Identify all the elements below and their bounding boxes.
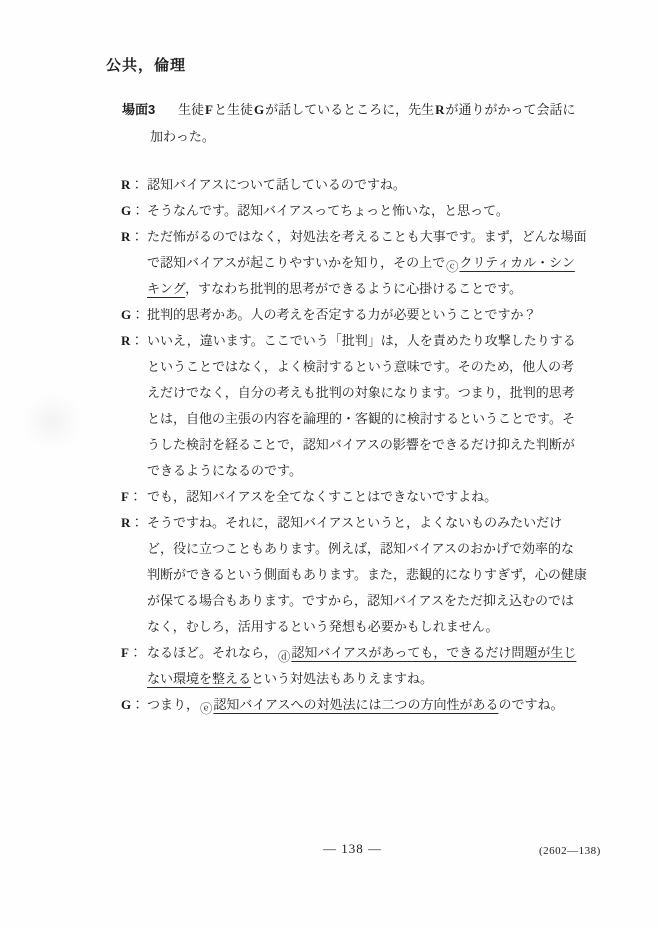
speaker-cell: R：	[121, 510, 147, 536]
speaker-label: G	[121, 307, 131, 322]
speaker-cell: G：	[121, 198, 147, 224]
speech-text: 認知バイアスについて話しているのですね。	[147, 172, 587, 198]
speech-text: いいえ，違います。ここでいう「批判」は，人を責めたり攻撃したりするということでは…	[147, 328, 587, 484]
speech-row: R：認知バイアスについて話しているのですね。	[147, 172, 587, 198]
speaker-colon: ：	[129, 645, 142, 660]
scene-description: 生徒Fと生徒Gが話しているところに，先生Rが通りがかって会話に加わった。	[150, 96, 582, 150]
text-segment: と生徒	[214, 102, 253, 117]
person-name: G	[253, 102, 265, 117]
circled-label-icon: ⓔ	[200, 703, 212, 715]
speech-row: R：そうですね。それに，認知バイアスというと，よくないものみたいだけど，役に立つ…	[147, 510, 587, 640]
speaker-colon: ：	[130, 515, 143, 530]
text-segment: でも，認知バイアスを全てなくすことはできないですよね。	[147, 489, 497, 504]
speaker-label: R	[121, 177, 130, 192]
speaker-label: R	[121, 229, 130, 244]
speaker-cell: F：	[121, 484, 147, 510]
speaker-cell: R：	[121, 172, 147, 198]
speech-row: F：でも，認知バイアスを全てなくすことはできないですよね。	[147, 484, 587, 510]
subject-header: 公共，倫理	[106, 54, 186, 75]
person-name: F	[204, 102, 214, 117]
speaker-colon: ：	[131, 203, 144, 218]
text-segment: ，すなわち批判的思考ができるように心掛けることです。	[185, 281, 522, 296]
speaker-colon: ：	[130, 229, 143, 244]
exam-page: 公共，倫理 場面3 生徒Fと生徒Gが話しているところに，先生Rが通りがかって会話…	[0, 0, 660, 930]
text-segment: いいえ，違います。ここでいう「批判」は，人を責めたり攻撃したりするということでは…	[147, 333, 576, 478]
speech-row: G：そうなんです。認知バイアスってちょっと怖いな，と思って。	[147, 198, 587, 224]
scene-block: 場面3 生徒Fと生徒Gが話しているところに，先生Rが通りがかって会話に加わった。	[150, 96, 582, 150]
text-segment: 認知バイアスについて話しているのですね。	[147, 177, 406, 192]
speech-text: そうですね。それに，認知バイアスというと，よくないものみたいだけど，役に立つこと…	[147, 510, 587, 640]
speaker-colon: ：	[130, 177, 143, 192]
text-segment: そうなんです。認知バイアスってちょっと怖いな，と思って。	[147, 203, 509, 218]
speaker-cell: G：	[121, 692, 147, 718]
speaker-label: F	[121, 489, 129, 504]
dialogue: R：認知バイアスについて話しているのですね。G：そうなんです。認知バイアスってち…	[147, 172, 587, 718]
circled-label-icon: ⓒ	[446, 261, 458, 273]
footer-print-code: (2602—138)	[539, 845, 601, 857]
speaker-colon: ：	[131, 697, 144, 712]
text-segment: という対処法もありえますね。	[251, 671, 433, 686]
speaker-label: G	[121, 697, 131, 712]
text-segment: そうですね。それに，認知バイアスというと，よくないものみたいだけど，役に立つこと…	[147, 515, 587, 634]
speaker-colon: ：	[131, 307, 144, 322]
speech-text: でも，認知バイアスを全てなくすことはできないですよね。	[147, 484, 587, 510]
speech-row: G：批判的思考かあ。人の考えを否定する力が必要ということですか？	[147, 302, 587, 328]
text-segment: が話しているところに，先生	[265, 102, 434, 117]
speech-row: R：ただ怖がるのではなく，対処法を考えることも大事です。まず，どんな場面で認知バ…	[147, 224, 587, 302]
person-name: R	[434, 102, 445, 117]
scene-label: 場面3	[122, 96, 155, 123]
footer-page-number: — 138 —	[323, 841, 382, 857]
speech-text: 批判的思考かあ。人の考えを否定する力が必要ということですか？	[147, 302, 587, 328]
speech-row: F：なるほど。それなら，ⓓ認知バイアスがあっても，できるだけ問題が生じない環境を…	[147, 640, 587, 692]
text-segment: 批判的思考かあ。人の考えを否定する力が必要ということですか？	[147, 307, 536, 322]
speech-text: そうなんです。認知バイアスってちょっと怖いな，と思って。	[147, 198, 587, 224]
speaker-colon: ：	[130, 333, 143, 348]
speech-row: G：つまり，ⓔ認知バイアスへの対処法には二つの方向性があるのですね。	[147, 692, 587, 718]
underlined-phrase: 認知バイアスへの対処法には二つの方向性がある	[213, 697, 498, 712]
speaker-label: G	[121, 203, 131, 218]
speaker-colon: ：	[129, 489, 142, 504]
speaker-cell: G：	[121, 302, 147, 328]
text-segment: なるほど。それなら，	[147, 645, 277, 660]
text-segment: のですね。	[498, 697, 563, 712]
speaker-label: R	[121, 515, 130, 530]
speech-row: R：いいえ，違います。ここでいう「批判」は，人を責めたり攻撃したりするということ…	[147, 328, 587, 484]
text-segment: つまり，	[147, 697, 199, 712]
speech-text: なるほど。それなら，ⓓ認知バイアスがあっても，できるだけ問題が生じない環境を整え…	[147, 640, 587, 692]
speech-text: つまり，ⓔ認知バイアスへの対処法には二つの方向性があるのですね。	[147, 692, 587, 718]
circled-label-icon: ⓓ	[278, 651, 290, 663]
speaker-label: R	[121, 333, 130, 348]
speaker-cell: R：	[121, 328, 147, 354]
speaker-label: F	[121, 645, 129, 660]
text-segment: 生徒	[178, 102, 204, 117]
speaker-cell: F：	[121, 640, 147, 666]
paper-smudge	[22, 392, 82, 450]
speaker-cell: R：	[121, 224, 147, 250]
speech-text: ただ怖がるのではなく，対処法を考えることも大事です。まず，どんな場面で認知バイア…	[147, 224, 587, 302]
